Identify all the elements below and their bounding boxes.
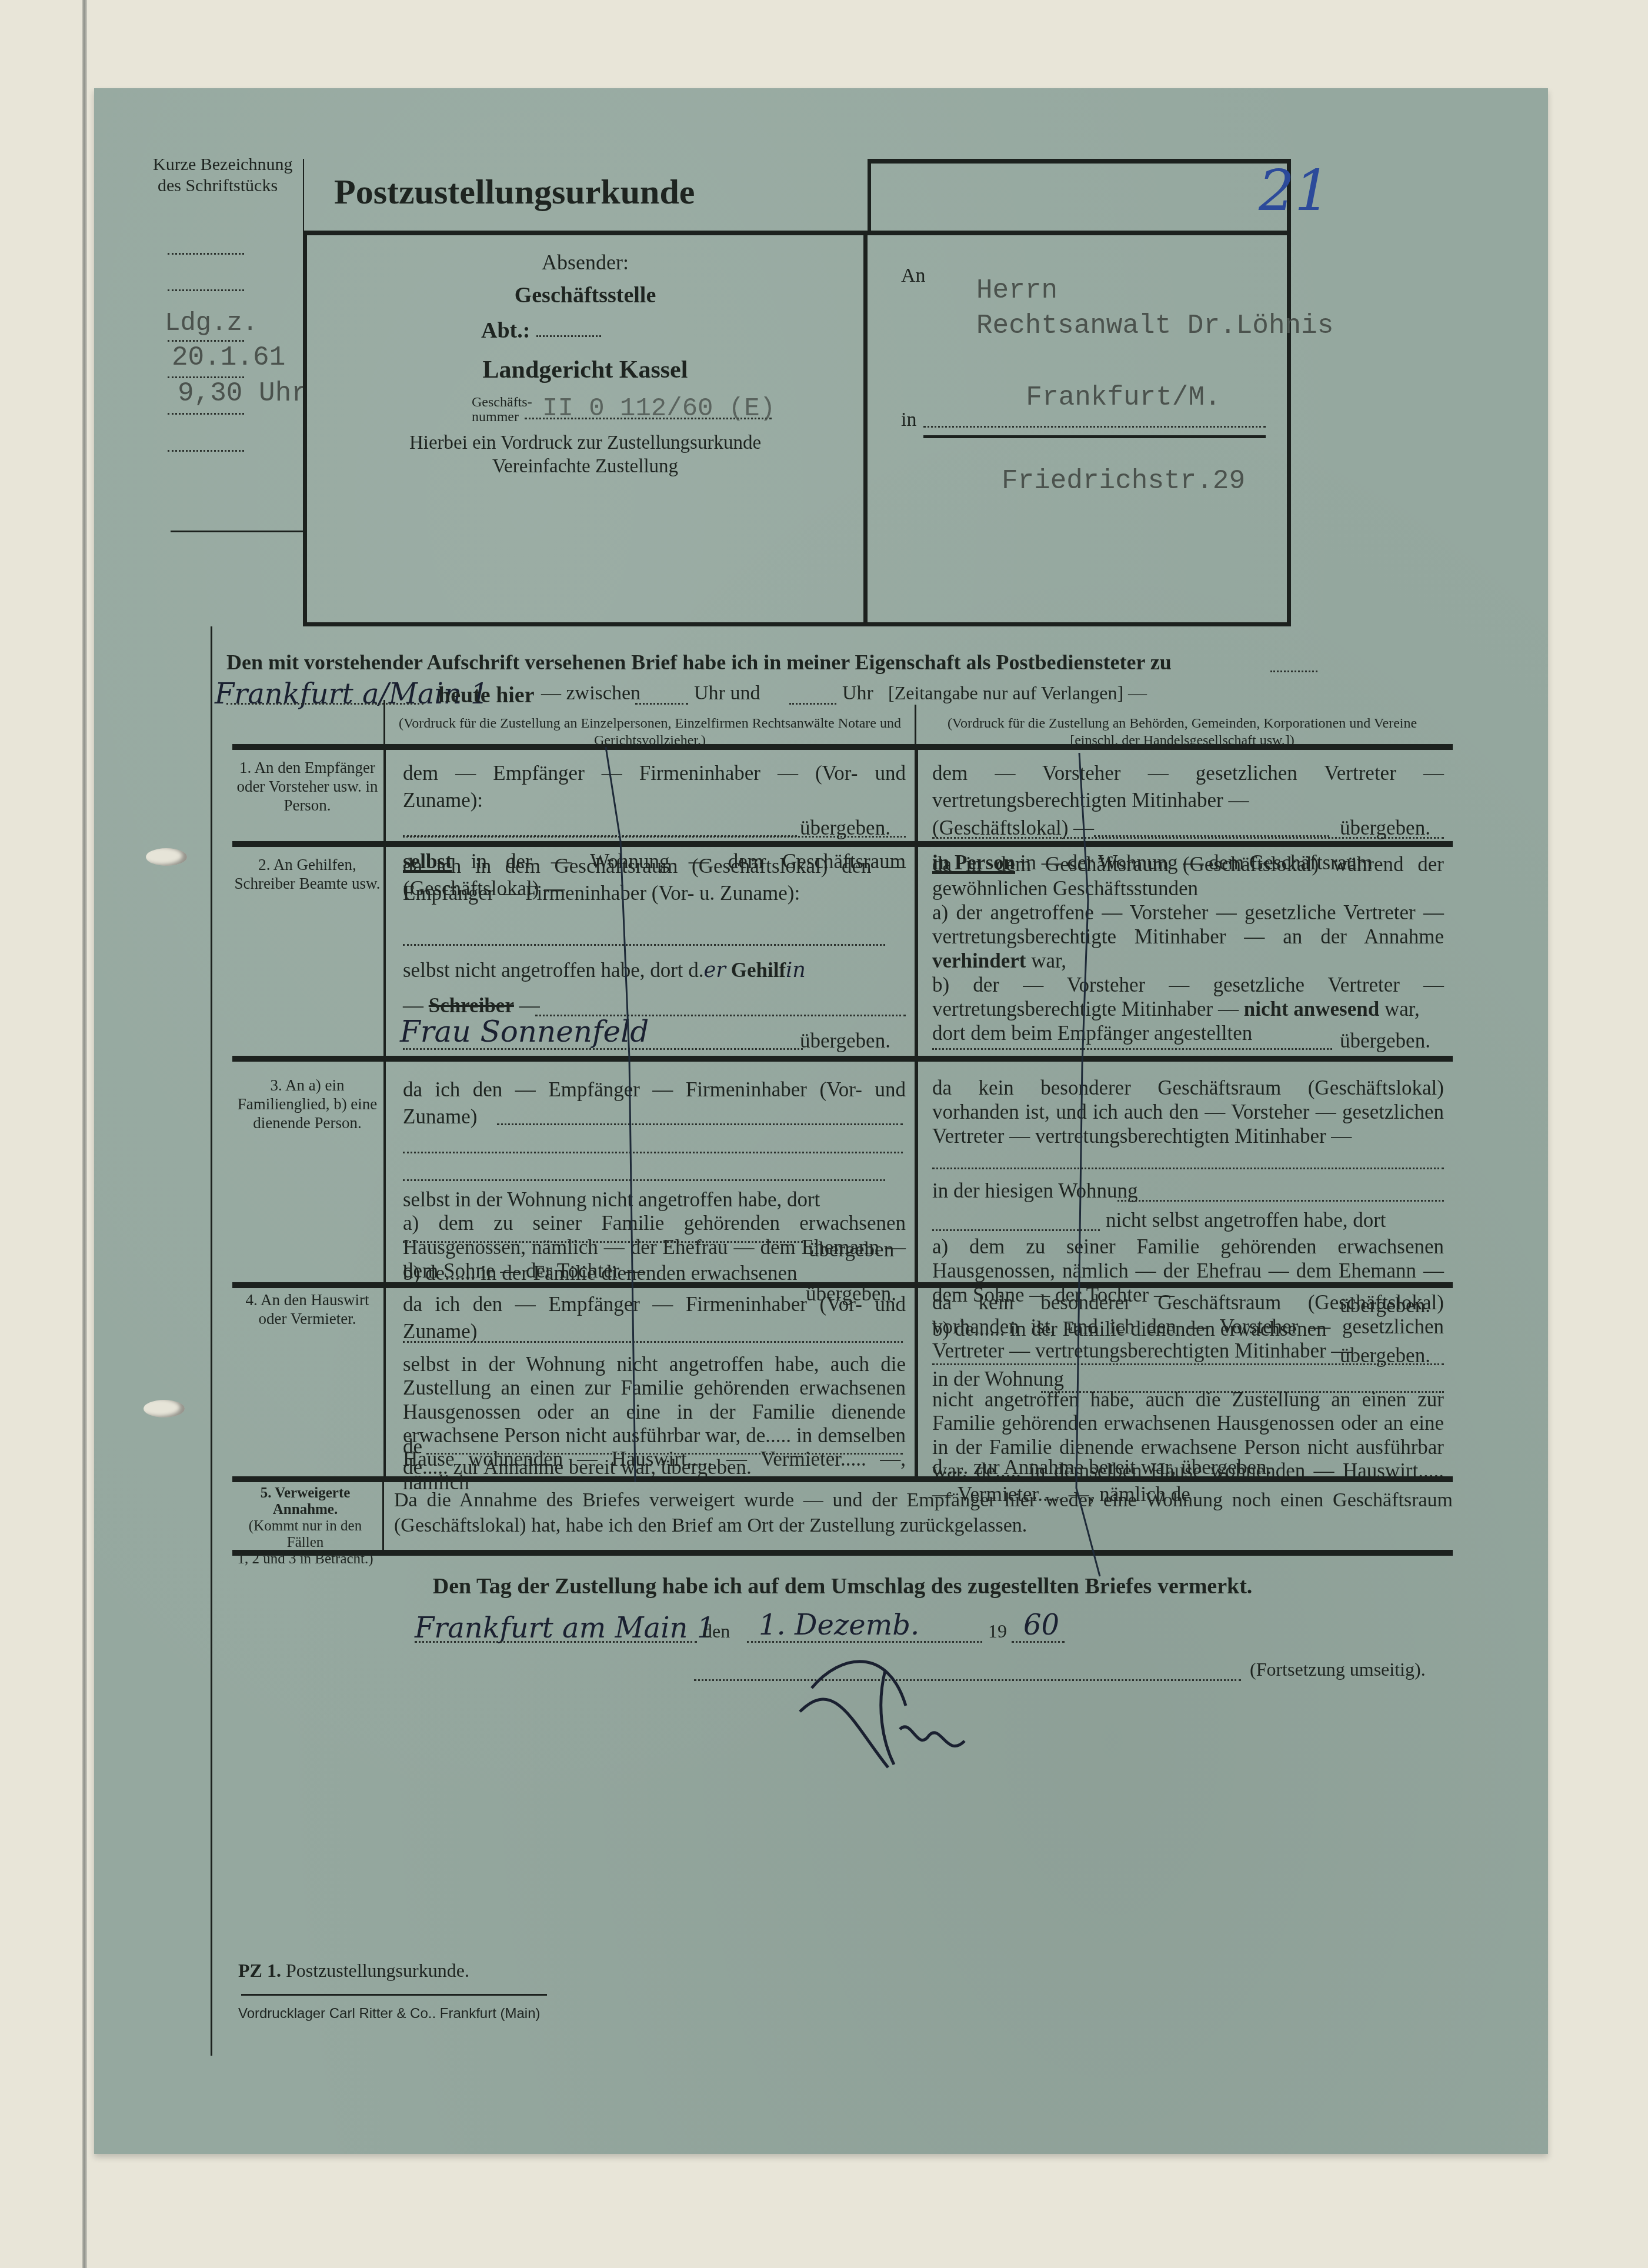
pencil-strike-lines [94,88,1548,2154]
postal-delivery-certificate: Kurze Bezeichnung des Schriftstücks Ldg.… [94,88,1548,2154]
binder-edge [82,0,87,2268]
